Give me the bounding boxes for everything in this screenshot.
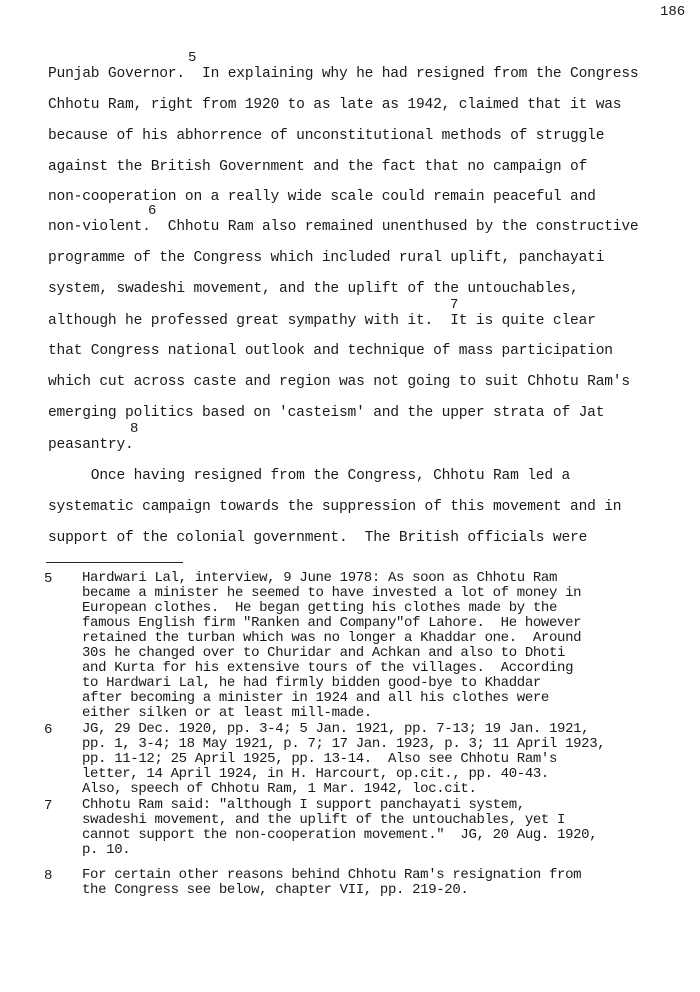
body-line: Once having resigned from the Congress, …: [48, 468, 570, 484]
body-line: Chhotu Ram, right from 1920 to as late a…: [48, 97, 621, 113]
page-number: 186: [660, 4, 685, 20]
body-line: programme of the Congress which included…: [48, 250, 604, 266]
footnote-line: and Kurta for his extensive tours of the…: [82, 661, 573, 676]
footnote-line: letter, 14 April 1924, in H. Harcourt, o…: [82, 767, 549, 782]
footnote-ref-7[interactable]: 7: [450, 297, 458, 313]
body-line: system, swadeshi movement, and the uplif…: [48, 281, 579, 297]
footnote-line: For certain other reasons behind Chhotu …: [82, 868, 581, 883]
footnote-line: pp. 11-12; 25 April 1925, pp. 13-14. Als…: [82, 752, 557, 767]
body-line: peasantry.: [48, 437, 134, 453]
footnote-number: 7: [44, 798, 52, 814]
footnote-line: Chhotu Ram said: "although I support pan…: [82, 798, 525, 813]
body-line: emerging politics based on 'casteism' an…: [48, 405, 604, 421]
footnote-ref-5[interactable]: 5: [188, 50, 196, 66]
body-line: non-violent. Chhotu Ram also remained un…: [48, 219, 638, 235]
body-line: against the British Government and the f…: [48, 159, 587, 175]
footnote-divider: [46, 562, 183, 563]
footnote-number: 6: [44, 722, 52, 738]
footnote-line: p. 10.: [82, 843, 130, 858]
body-line: that Congress national outlook and techn…: [48, 343, 613, 359]
footnote-line: European clothes. He began getting his c…: [82, 601, 557, 616]
footnote-line: Also, speech of Chhotu Ram, 1 Mar. 1942,…: [82, 782, 477, 797]
footnote-line: JG, 29 Dec. 1920, pp. 3-4; 5 Jan. 1921, …: [82, 722, 589, 737]
body-line: Punjab Governor. In explaining why he ha…: [48, 66, 638, 82]
footnote-line: 30s he changed over to Churidar and Achk…: [82, 646, 565, 661]
footnote-number: 5: [44, 571, 52, 587]
footnote-line: the Congress see below, chapter VII, pp.…: [82, 883, 468, 898]
body-line: non-cooperation on a really wide scale c…: [48, 189, 596, 205]
body-line: which cut across caste and region was no…: [48, 374, 630, 390]
footnote-line: after becoming a minister in 1924 and al…: [82, 691, 549, 706]
footnote-line: swadeshi movement, and the uplift of the…: [82, 813, 565, 828]
footnote-line: either silken or at least mill-made.: [82, 706, 372, 721]
footnote-ref-6[interactable]: 6: [148, 203, 156, 219]
footnote-line: to Hardwari Lal, he had firmly bidden go…: [82, 676, 541, 691]
body-line: although he professed great sympathy wit…: [48, 313, 596, 329]
footnote-number: 8: [44, 868, 52, 884]
body-line: because of his abhorrence of unconstitut…: [48, 128, 604, 144]
footnote-line: cannot support the non-cooperation movem…: [82, 828, 597, 843]
body-line: systematic campaign towards the suppress…: [48, 499, 621, 515]
footnote-line: famous English firm "Ranken and Company"…: [82, 616, 581, 631]
footnote-line: became a minister he seemed to have inve…: [82, 586, 581, 601]
footnote-line: pp. 1, 3-4; 18 May 1921, p. 7; 17 Jan. 1…: [82, 737, 605, 752]
footnote-ref-8[interactable]: 8: [130, 421, 138, 437]
footnote-line: retained the turban which was no longer …: [82, 631, 581, 646]
footnote-line: Hardwari Lal, interview, 9 June 1978: As…: [82, 571, 557, 586]
body-line: support of the colonial government. The …: [48, 530, 587, 546]
